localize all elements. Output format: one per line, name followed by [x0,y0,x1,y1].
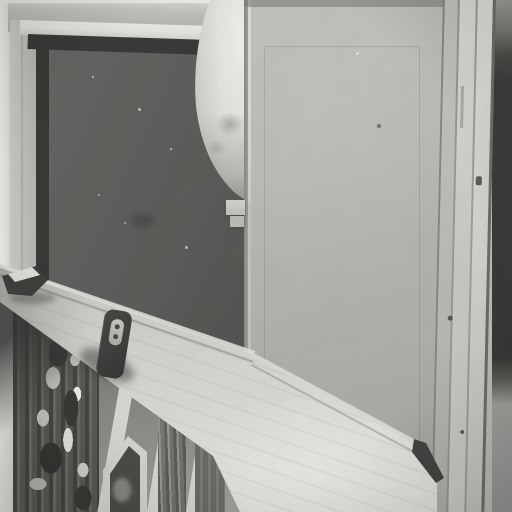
door-top-shade [244,0,446,7]
dust-speck [98,194,100,196]
photo-stage [0,0,512,512]
door-blemish [377,124,381,128]
dust-speck [185,246,188,249]
screw-head [460,430,464,434]
balloon-dimple [206,140,226,156]
rail-handle [2,264,52,302]
dust-speck [170,148,172,150]
wall-smudge [132,214,154,228]
right-wall-dark-gap [492,0,512,512]
keyhole-dot [114,324,120,330]
door-latch-lower [230,216,244,227]
keyhole-emblem [108,318,125,346]
dust-speck [356,52,359,55]
jamb-blemish [476,176,482,185]
keyhole-dot [113,334,119,340]
dust-speck [138,108,141,111]
photo-top-edge [0,0,232,3]
dust-speck [92,76,94,78]
screw-head [448,316,453,321]
dust-speck [124,222,126,224]
door-latch [226,200,245,215]
door-jamb-strips [431,0,496,512]
balloon-dimple [216,112,244,136]
